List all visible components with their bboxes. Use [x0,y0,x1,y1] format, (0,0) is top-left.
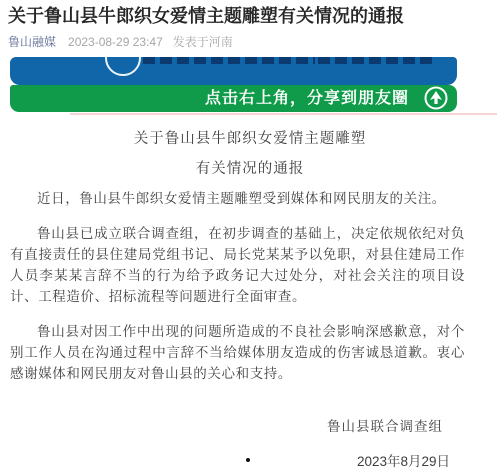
publish-location: 发表于河南 [173,35,233,49]
byline: 鲁山融媒2023-08-29 23:47发表于河南 [8,33,233,50]
notice-paragraph: 鲁山县对因工作中出现的问题所造成的不良社会影响深感歉意，对个别工作人员在沟通过程… [10,321,465,384]
stray-dot [246,458,250,462]
article-page: 关于鲁山县牛郎织女爱情主题雕塑有关情况的通报 鲁山融媒2023-08-29 23… [0,0,500,468]
publish-timestamp: 2023-08-29 23:47 [68,35,163,49]
banner-bottom-artifact-line [70,113,497,115]
clipped-banner-text-fragment [143,57,315,64]
clipped-logo-circle-icon [105,57,141,76]
page-title: 关于鲁山县牛郎织女爱情主题雕塑有关情况的通报 [8,4,478,28]
follow-banner-image[interactable] [10,57,457,85]
notice-paragraph: 近日，鲁山县牛郎织女爱情主题雕塑受到媒体和网民朋友的关注。 [10,188,465,209]
notice-date: 2023年8月29日 [357,450,450,468]
share-banner-label: 点击右上角，分享到朋友圈 [205,85,409,113]
notice-heading-line2: 有关情况的通报 [0,157,500,178]
account-link[interactable]: 鲁山融媒 [8,35,56,49]
share-banner[interactable]: 点击右上角，分享到朋友圈 [10,85,457,112]
notice-paragraph: 鲁山县已成立联合调查组，在初步调查的基础上，决定依规依纪对负有直接责任的县住建局… [10,223,465,307]
notice-heading-line1: 关于鲁山县牛郎织女爱情主题雕塑 [0,127,500,148]
arrow-up-circle-icon [424,86,448,110]
notice-body: 近日，鲁山县牛郎织女爱情主题雕塑受到媒体和网民朋友的关注。 鲁山县已成立联合调查… [10,188,465,398]
notice-signature: 鲁山县联合调查组 [327,415,443,435]
clipped-banner-text-fragment [318,57,436,64]
